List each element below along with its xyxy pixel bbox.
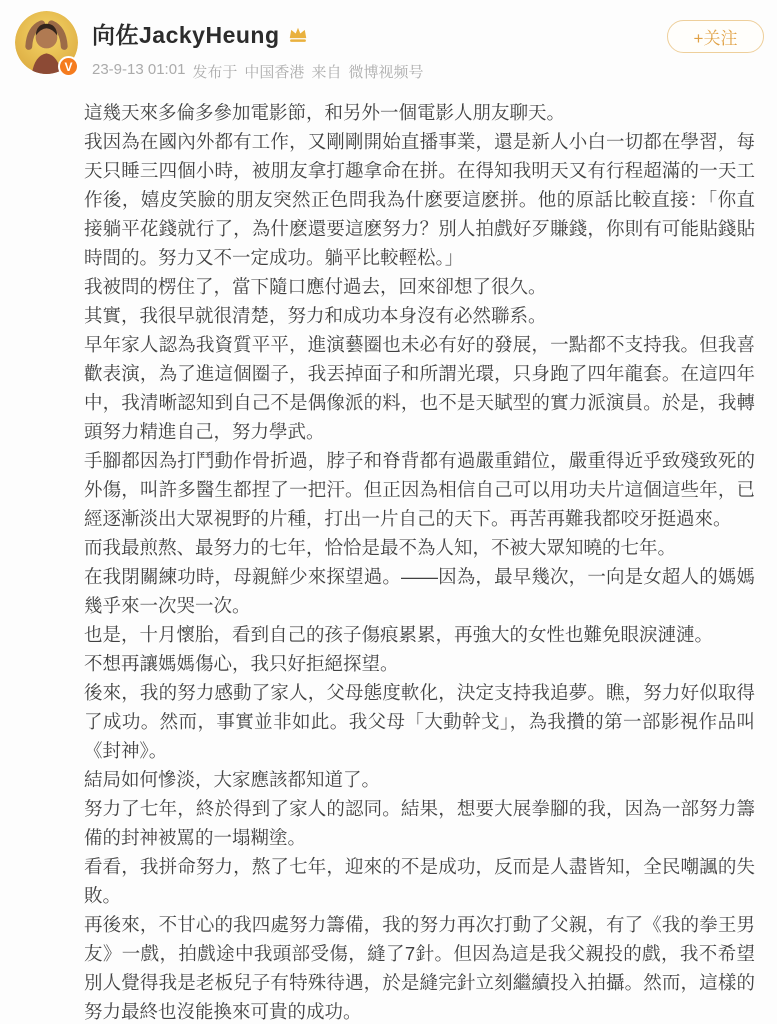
post-paragraph: 手腳都因為打鬥動作骨折過，脖子和脊背都有過嚴重錯位，嚴重得近乎致殘致死的外傷，叫…	[84, 446, 755, 533]
header-text-block: 向佐JackyHeung 23-9-13 01:01 发布于 中国香港 来自 微…	[92, 11, 667, 82]
post-paragraph: 我因為在國內外都有工作，又剛剛開始直播事業，還是新人小白一切都在學習，每天只睡三…	[84, 127, 755, 272]
username[interactable]: 向佐JackyHeung	[92, 17, 280, 50]
post-paragraph: 而我最煎熬、最努力的七年，恰恰是最不為人知，不被大眾知曉的七年。	[84, 533, 755, 562]
post-body-text: 這幾天來多倫多參加電影節，和另外一個電影人朋友聊天。 我因為在國內外都有工作，又…	[0, 82, 777, 1024]
post-paragraph: 在我閉關練功時，母親鮮少來探望過。——因為，最早幾次，一向是女超人的媽媽幾乎來一…	[84, 562, 755, 620]
from-label: 来自	[311, 61, 341, 82]
vip-crown-icon	[287, 23, 309, 45]
post-paragraph: 不想再讓媽媽傷心，我只好拒絕探望。	[84, 649, 755, 678]
post-timestamp: 23-9-13 01:01	[92, 61, 185, 82]
post-source-link[interactable]: 微博视频号	[348, 61, 423, 82]
post-location[interactable]: 中国香港	[244, 61, 304, 82]
verified-v-badge-icon: V	[58, 56, 79, 77]
post-header: V 向佐JackyHeung 23-9-13 01:01 发布于 中国香港 来自…	[0, 0, 777, 82]
post-paragraph: 努力了七年，終於得到了家人的認同。結果，想要大展拳腳的我，因為一部努力籌備的封神…	[84, 794, 755, 852]
post-paragraph: 我被問的楞住了，當下隨口應付過去，回來卻想了很久。	[84, 272, 755, 301]
post-meta: 23-9-13 01:01 发布于 中国香港 来自 微博视频号	[92, 61, 667, 82]
post-paragraph: 再後來，不甘心的我四處努力籌備，我的努力再次打動了父親，有了《我的拳王男友》一戲…	[84, 910, 755, 1024]
published-label: 发布于	[192, 61, 237, 82]
post-paragraph: 這幾天來多倫多參加電影節，和另外一個電影人朋友聊天。	[84, 98, 755, 127]
post-paragraph: 早年家人認為我資質平平，進演藝圈也未必有好的發展，一點都不支持我。但我喜歡表演，…	[84, 330, 755, 446]
post-paragraph: 其實，我很早就很清楚，努力和成功本身沒有必然聯系。	[84, 301, 755, 330]
weibo-post-card: V 向佐JackyHeung 23-9-13 01:01 发布于 中国香港 来自…	[0, 0, 777, 1024]
post-paragraph: 看看，我拼命努力，熬了七年，迎來的不是成功，反而是人盡皆知，全民嘲諷的失敗。	[84, 852, 755, 910]
follow-button[interactable]: +关注	[667, 20, 764, 53]
post-paragraph: 後來，我的努力感動了家人，父母態度軟化，決定支持我追夢。瞧，努力好似取得了成功。…	[84, 678, 755, 765]
post-paragraph: 也是，十月懷胎，看到自己的孩子傷痕累累，再強大的女性也難免眼淚漣漣。	[84, 620, 755, 649]
avatar[interactable]: V	[15, 11, 78, 74]
username-row: 向佐JackyHeung	[92, 17, 667, 50]
post-paragraph: 結局如何慘淡，大家應該都知道了。	[84, 765, 755, 794]
